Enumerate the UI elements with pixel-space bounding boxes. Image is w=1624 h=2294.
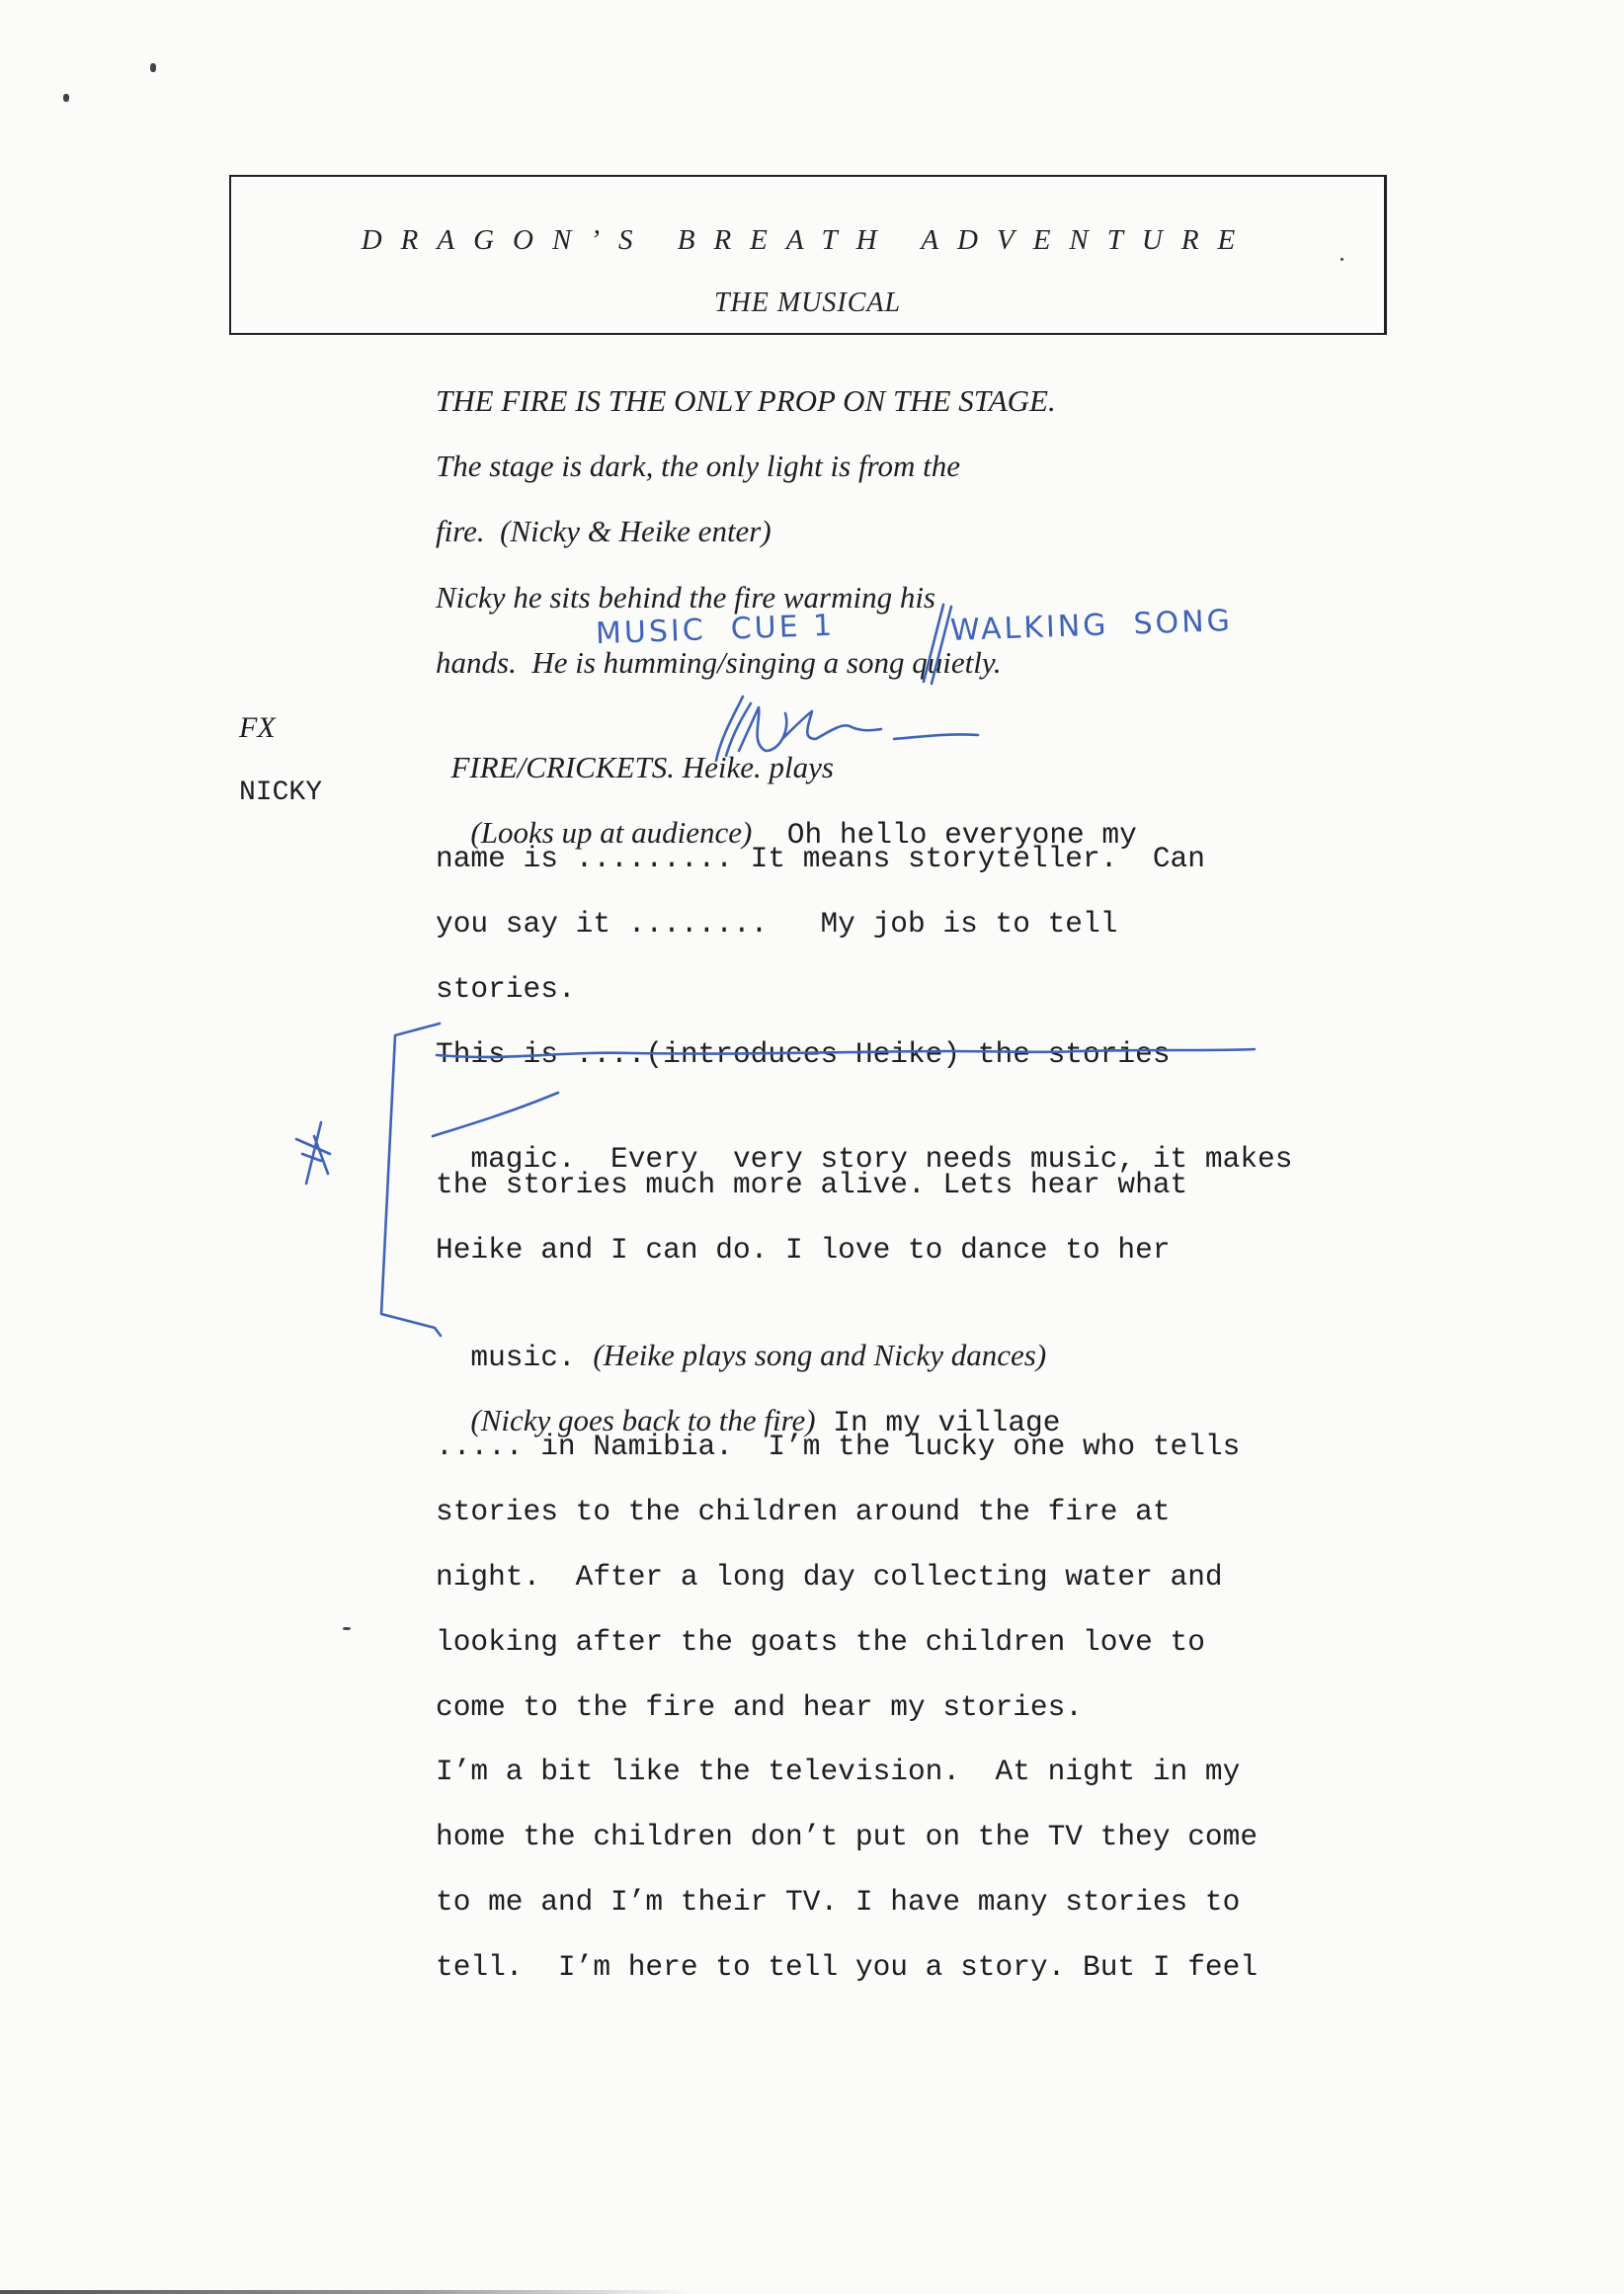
scan-speck xyxy=(150,63,156,72)
script-line: Heike and I can do. I love to dance to h… xyxy=(436,1230,1171,1270)
document-subtitle: THE MUSICAL xyxy=(231,287,1384,319)
asterisk-mark xyxy=(296,1122,330,1184)
script-line: you say it ........ My job is to tell xyxy=(436,904,1117,943)
underline-mark xyxy=(894,734,978,739)
script-line: looking after the goats the children lov… xyxy=(436,1622,1205,1662)
scan-edge xyxy=(0,2290,691,2294)
script-line: night. After a long day collecting water… xyxy=(436,1557,1223,1597)
script-line: name is ......... It means storyteller. … xyxy=(436,839,1205,878)
script-line: I’m a bit like the television. At night … xyxy=(436,1752,1240,1791)
stage-direction: THE FIRE IS THE ONLY PROP ON THE STAGE. xyxy=(436,381,1056,421)
struck-line: This is ....(introduces Heike) the stori… xyxy=(436,1034,1171,1074)
script-line: come to the fire and hear my stories. xyxy=(436,1687,1083,1727)
script-line: ..... in Namibia. I’m the lucky one who … xyxy=(436,1427,1240,1466)
cue-fx: FX xyxy=(239,708,276,748)
script-line: tell. I’m here to tell you a story. But … xyxy=(436,1947,1258,1987)
script-line: stories. xyxy=(436,969,576,1009)
bracket-mark xyxy=(381,1024,441,1336)
handwritten-song-name: WALKING SONG xyxy=(949,604,1233,648)
script-line: stories to the children around the fire … xyxy=(436,1492,1171,1531)
scan-speck xyxy=(343,1627,351,1630)
cue-nicky: NICKY xyxy=(239,774,322,813)
script-line: to me and I’m their TV. I have many stor… xyxy=(436,1882,1240,1922)
script-line: the stories much more alive. Lets hear w… xyxy=(436,1165,1187,1204)
stage-direction: fire. (Nicky & Heike enter) xyxy=(436,512,771,551)
stage-direction: Nicky he sits behind the fire warming hi… xyxy=(436,578,935,617)
script-line: home the children don’t put on the TV th… xyxy=(436,1817,1258,1856)
scan-speck xyxy=(63,94,69,102)
stage-direction: hands. He is humming/singing a song quie… xyxy=(436,643,1002,683)
document-title: DRAGON’S BREATH ADVENTURE xyxy=(231,224,1384,257)
stage-direction: The stage is dark, the only light is fro… xyxy=(436,447,960,486)
title-box: DRAGON’S BREATH ADVENTURE THE MUSICAL xyxy=(229,175,1387,335)
